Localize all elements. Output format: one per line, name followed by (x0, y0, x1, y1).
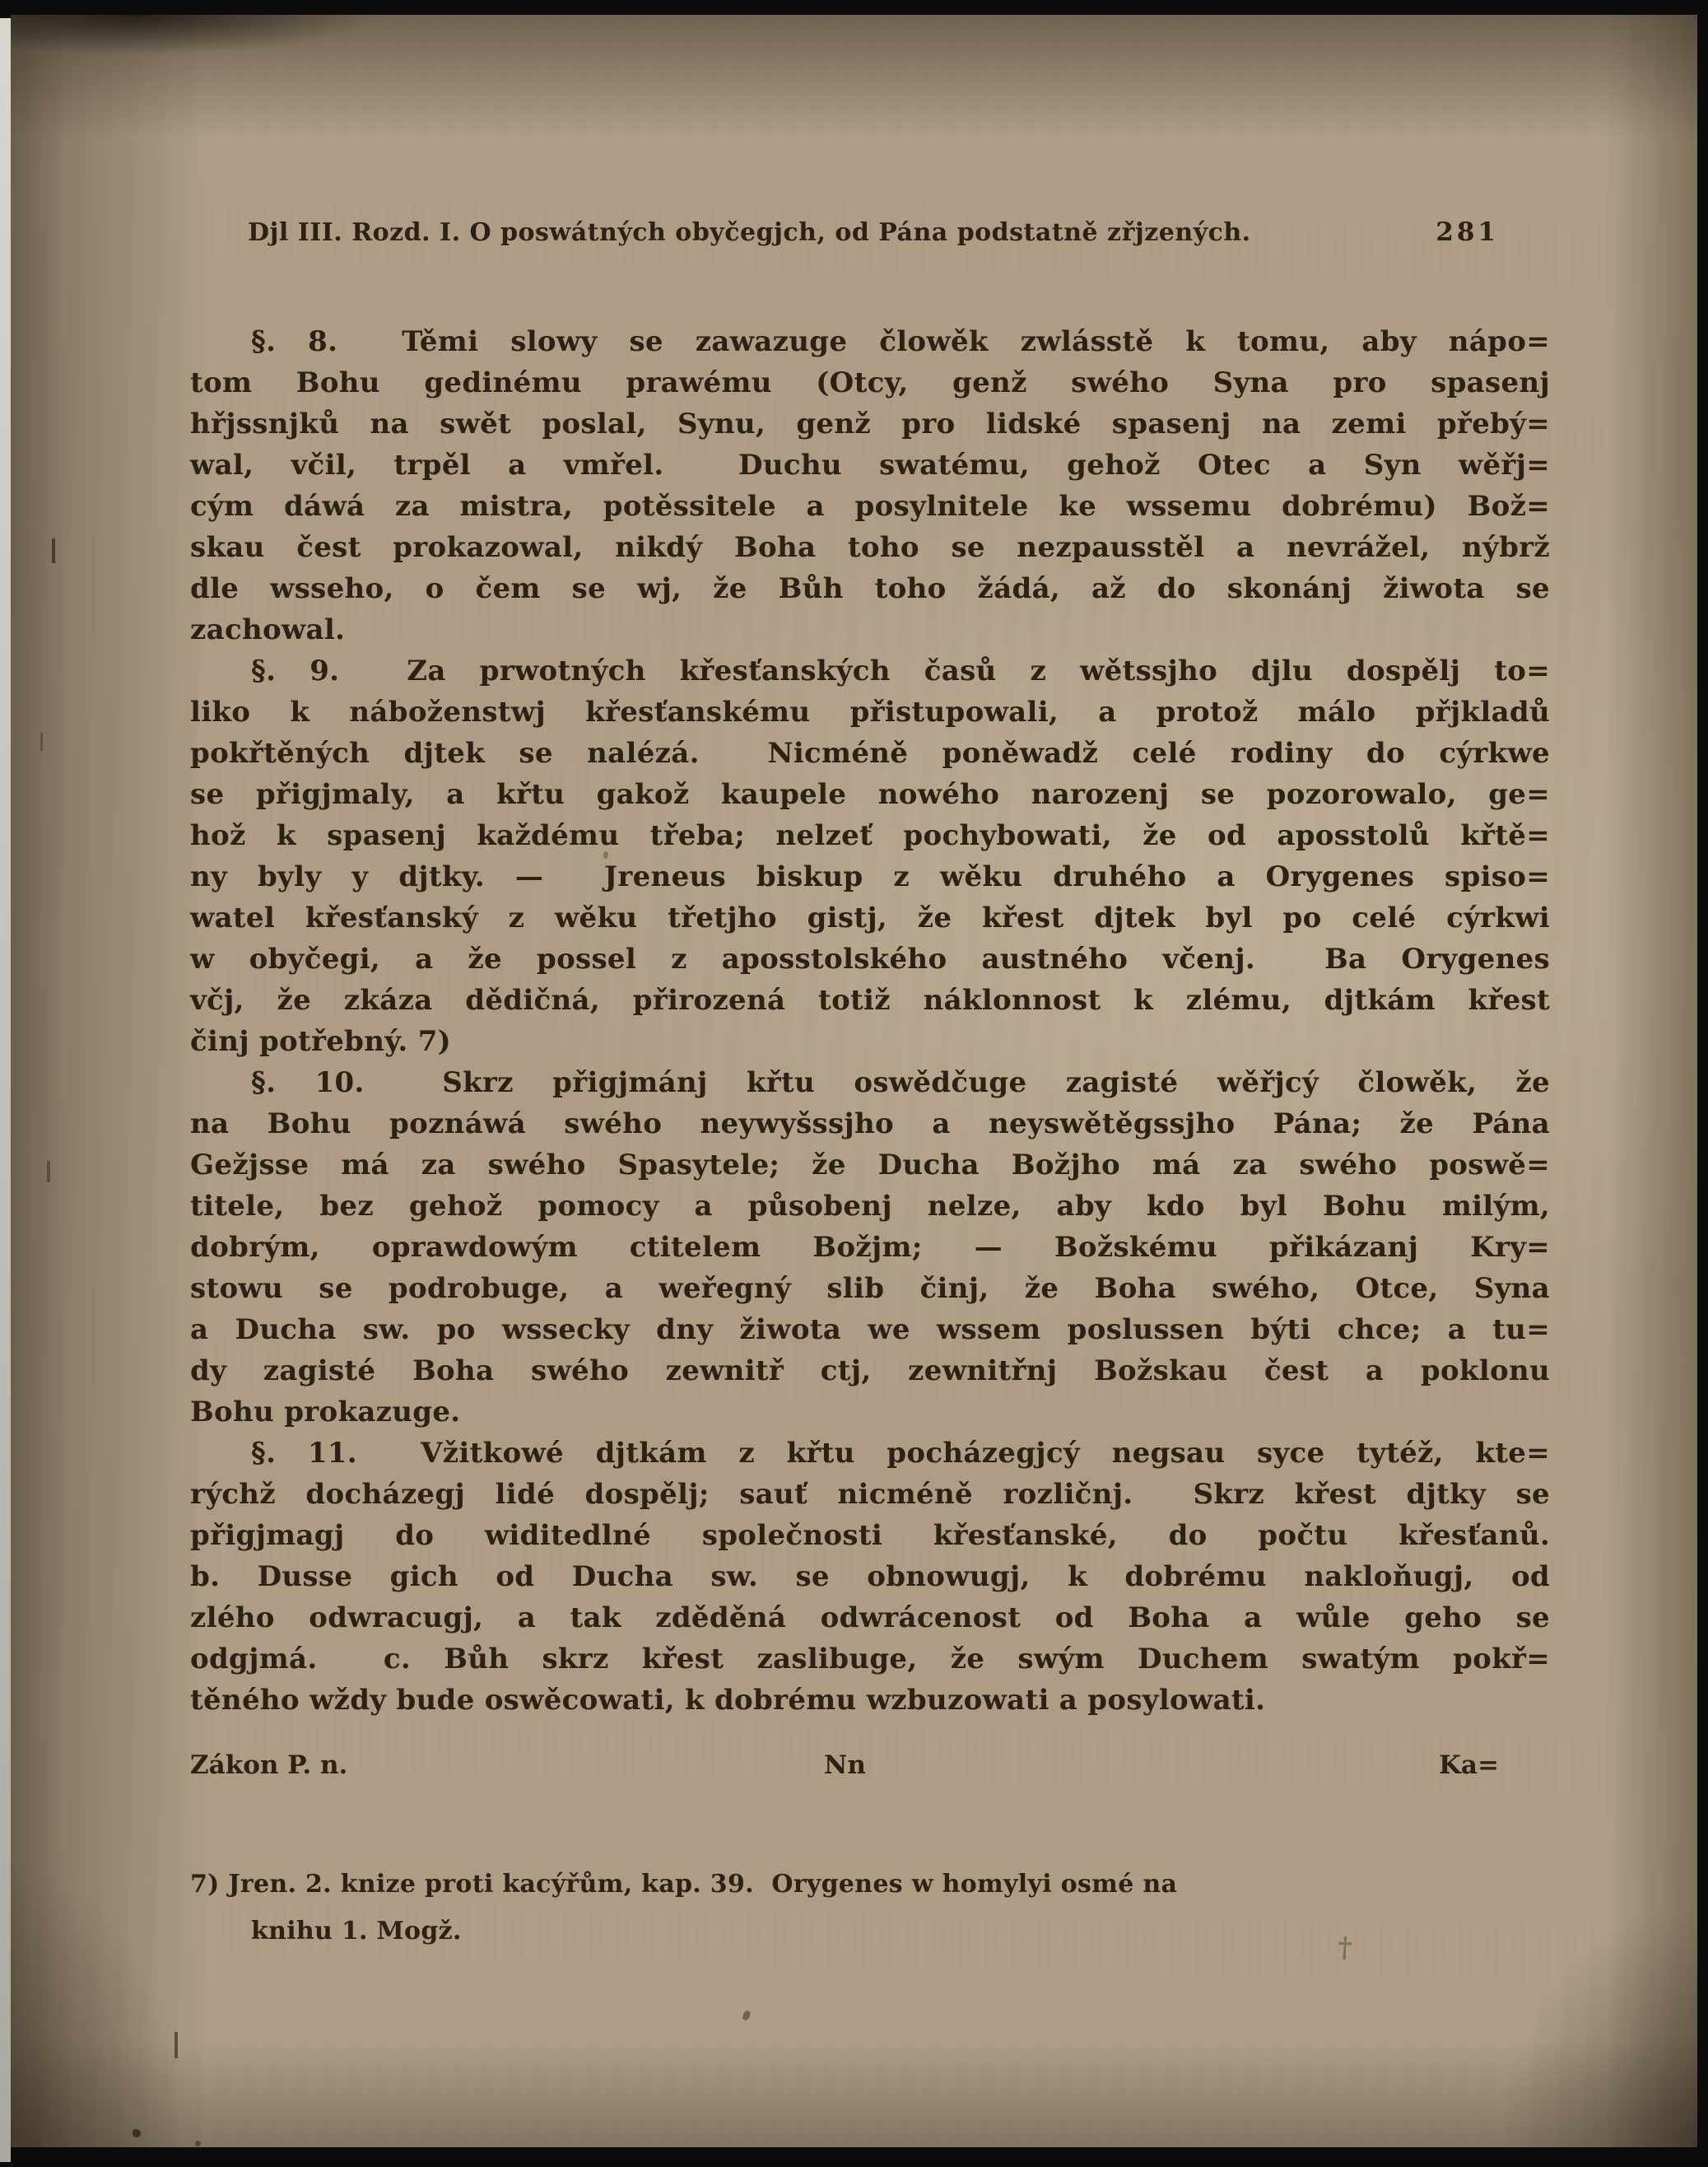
text-line: a Ducha sw. po wssecky dny žiwota we wss… (190, 1309, 1550, 1350)
text-line: b. Dusse gich od Ducha sw. se obnowugj, … (190, 1556, 1550, 1597)
text-line: cým dáwá za mistra, potěssitele a posyln… (190, 486, 1550, 527)
text-line: těného wždy bude oswěcowati, k dobrému w… (190, 1680, 1550, 1721)
text-line: ny byly y djtky. — Jreneus biskup z wěku… (190, 856, 1550, 897)
text-line: skau čest prokazowal, nikdý Boha toho se… (190, 527, 1550, 568)
margin-ink-mark (47, 1161, 50, 1182)
margin-ink-mark (175, 2032, 178, 2058)
text-line: knihu 1. Mogž. (190, 1908, 1507, 1955)
text-line: dobrým, oprawdowým ctitelem Božjm; — Bož… (190, 1227, 1550, 1268)
text-line: §. 11. Vžitkowé djtkám z křtu pocházegjc… (190, 1433, 1550, 1474)
text-line: hřjssnjků na swět poslal, Synu, genž pro… (190, 403, 1550, 445)
text-line: přigjmagj do widitedlné společnosti křes… (190, 1515, 1550, 1556)
text-line: hož k spasenj každému třeba; nelzeť poch… (190, 815, 1550, 856)
paragraph-section-9: §. 9. Za prwotných křesťanských časů z w… (190, 650, 1550, 1062)
signature-row: Zákon P. n. Nn Ka= (190, 1750, 1550, 1780)
text-line: zlého odwracugj, a tak zděděná odwráceno… (190, 1597, 1550, 1638)
book-page: Djl III. Rozd. I. O poswátných obyčegjch… (11, 15, 1697, 2147)
text-line: rýchž docházegj lidé dospělj; sauť nicmé… (190, 1474, 1550, 1515)
text-line: w obyčegi, a že possel z aposstolského a… (190, 939, 1550, 980)
text-line: tom Bohu gedinému prawému (Otcy, genž sw… (190, 362, 1550, 403)
ink-speck (133, 2129, 141, 2137)
body-text: §. 8. Těmi slowy se zawazuge člowěk zwlá… (190, 321, 1550, 1721)
text-line: pokřtěných djtek se nalézá. Nicméně poně… (190, 733, 1550, 774)
text-line: §. 9. Za prwotných křesťanských časů z w… (190, 650, 1550, 692)
text-line: stowu se podrobuge, a weřegný slib činj,… (190, 1268, 1550, 1309)
text-line: včj, že zkáza dědičná, přirozená totiž n… (190, 980, 1550, 1021)
text-line: odgjmá. c. Bůh skrz křest zaslibuge, že … (190, 1638, 1550, 1680)
adjacent-page-edge (0, 18, 11, 2162)
volume-note: Zákon P. n. (190, 1750, 347, 1780)
text-line: §. 10. Skrz přigjmánj křtu oswědčuge zag… (190, 1062, 1550, 1103)
stray-dagger-mark: † (1337, 1932, 1353, 1965)
margin-ink-mark (40, 733, 43, 751)
paragraph-section-8: §. 8. Těmi slowy se zawazuge člowěk zwlá… (190, 321, 1550, 650)
paragraph-section-11: §. 11. Vžitkowé djtkám z křtu pocházegjc… (190, 1433, 1550, 1721)
text-line: dle wsseho, o čem se wj, že Bůh toho žád… (190, 568, 1550, 609)
text-line: zachowal. (190, 609, 1550, 650)
book-scan: Djl III. Rozd. I. O poswátných obyčegjch… (0, 0, 1708, 2167)
text-line: dy zagisté Boha swého zewnitř ctj, zewni… (190, 1350, 1550, 1391)
page-number: 281 (1436, 217, 1550, 247)
footnote: 7) Jren. 2. knize proti kacýřům, kap. 39… (190, 1861, 1507, 1955)
ink-speck (603, 851, 608, 859)
text-line: Bohu prokazuge. (190, 1391, 1550, 1433)
text-line: titele, bez gehož pomocy a působenj nelz… (190, 1186, 1550, 1227)
text-line: liko k náboženstwj křesťanskému přistupo… (190, 692, 1550, 733)
ink-speck (742, 2010, 752, 2021)
ink-speck (195, 2141, 201, 2146)
text-line: watel křesťanský z wěku třetjho gistj, ž… (190, 897, 1550, 939)
text-line: Gežjsse má za swého Spasytele; že Ducha … (190, 1144, 1550, 1186)
signature-mark: Nn (824, 1750, 866, 1780)
margin-ink-mark (52, 538, 55, 563)
text-line: 7) Jren. 2. knize proti kacýřům, kap. 39… (190, 1861, 1507, 1908)
text-line: činj potřebný. 7) (190, 1021, 1550, 1062)
text-line: na Bohu poznáwá swého neywyšssjho a neys… (190, 1103, 1550, 1144)
running-header-title: Djl III. Rozd. I. O poswátných obyčegjch… (190, 218, 1251, 247)
catchword: Ka= (1439, 1750, 1550, 1780)
paragraph-section-10: §. 10. Skrz přigjmánj křtu oswědčuge zag… (190, 1062, 1550, 1433)
text-line: wal, včil, trpěl a vmřel. Duchu swatému,… (190, 445, 1550, 486)
text-line: §. 8. Těmi slowy se zawazuge člowěk zwlá… (190, 321, 1550, 362)
running-header: Djl III. Rozd. I. O poswátných obyčegjch… (190, 217, 1550, 247)
text-line: se přigjmaly, a křtu gakož kaupele nowéh… (190, 774, 1550, 815)
